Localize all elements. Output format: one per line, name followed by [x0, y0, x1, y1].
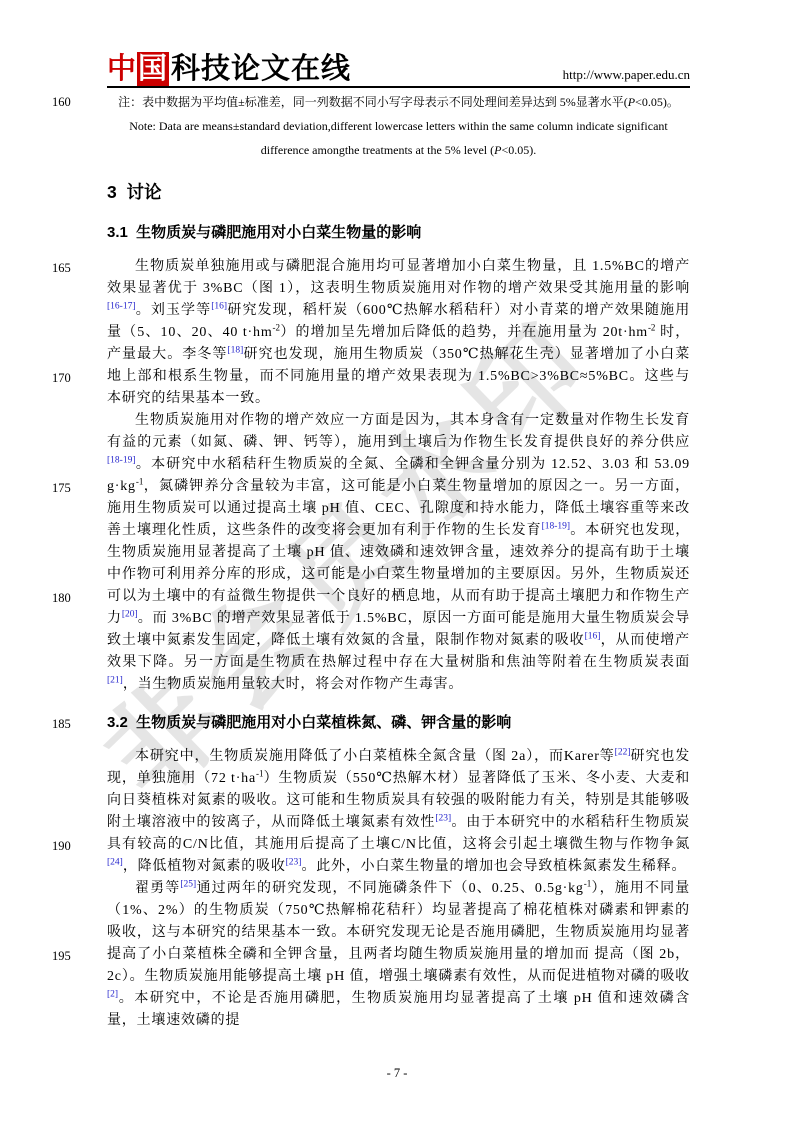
logo-char-zhong: 中: [107, 52, 137, 86]
text-run: 注：表中数据为平均值±标准差，同一列数据不同小写字母表示不同处理间差异达到 5%…: [118, 95, 628, 109]
text-run: 本研究中，生物质炭施用降低了小白菜植株全氮含量（图 2a），而Karer等: [135, 749, 615, 764]
citation-ref: [20]: [122, 609, 138, 619]
citation-ref: [16]: [211, 301, 227, 311]
paper-page: 非会员水印 中国科技论文在线 http://www.paper.edu.cn 1…: [0, 0, 794, 1123]
text-run: ，降低植物对氮素的吸收: [123, 859, 286, 874]
section-heading-3-2: 3.2 生物质炭与磷肥施用对小白菜植株氮、磷、钾含量的影响: [107, 712, 690, 734]
text-run: 3 讨论: [107, 182, 161, 202]
citation-ref: [24]: [107, 857, 123, 867]
text-run: 翟勇等: [135, 881, 180, 896]
line-number: 165: [52, 259, 92, 277]
text-run: ，当生物质炭施用量较大时，将会对作物产生毒害。: [123, 677, 463, 692]
citation-ref: [18-19]: [107, 455, 136, 465]
line-number-gutter: 160165170175180185190195: [52, 0, 94, 1123]
text-run: <0.05)。: [635, 95, 679, 109]
site-url-link[interactable]: http://www.paper.edu.cn: [563, 65, 690, 86]
unit-exponent: -2: [273, 322, 281, 332]
italic-p: P: [628, 95, 635, 109]
citation-ref: [23]: [286, 857, 302, 867]
paragraph-biomass-1: 生物质炭单独施用或与磷肥混合施用均可显著增加小白菜生物量，且 1.5%BC的增产…: [107, 256, 690, 410]
citation-ref: [23]: [435, 813, 451, 823]
citation-ref: [25]: [180, 879, 196, 889]
citation-ref: [16-17]: [107, 301, 136, 311]
line-number: 160: [52, 93, 92, 111]
line-number: 180: [52, 589, 92, 607]
text-run: ）的增加呈先增加后降低的趋势，并在施用量为 20t·hm: [280, 325, 648, 340]
citation-ref: [18]: [227, 345, 243, 355]
logo-text: 科技论文在线: [171, 52, 351, 86]
paragraph-biomass-2: 生物质炭施用对作物的增产效应一方面是因为，其本身含有一定数量对作物生长发育有益的…: [107, 410, 690, 696]
page-number: - 7 -: [387, 1066, 408, 1080]
unit-exponent: -1: [256, 768, 264, 778]
paragraph-npk-2: 翟勇等[25]通过两年的研究发现，不同施磷条件下（0、0.25、0.5g·kg-…: [107, 878, 690, 1032]
section-heading-3: 3 讨论: [107, 178, 690, 206]
text-run: 生物质炭施用对作物的增产效应一方面是因为，其本身含有一定数量对作物生长发育有益的…: [107, 413, 690, 450]
text-run: <0.05).: [501, 143, 536, 157]
text-run: 。此外，小白菜生物量的增加也会导致植株氮素发生稀释。: [301, 859, 686, 874]
page-header: 中国科技论文在线 http://www.paper.edu.cn: [107, 44, 690, 88]
line-number: 175: [52, 479, 92, 497]
text-run: difference amongthe treatments at the 5%…: [261, 143, 494, 157]
citation-ref: [16]: [585, 631, 601, 641]
text-run: Note: Data are means±standard deviation,…: [129, 119, 668, 133]
section-heading-3-1: 3.1 生物质炭与磷肥施用对小白菜生物量的影响: [107, 222, 690, 244]
line-number: 190: [52, 837, 92, 855]
text-run: 3.1 生物质炭与磷肥施用对小白菜生物量的影响: [107, 224, 421, 241]
text-run: 3.2 生物质炭与磷肥施用对小白菜植株氮、磷、钾含量的影响: [107, 714, 511, 731]
document-body: 注：表中数据为平均值±标准差，同一列数据不同小写字母表示不同处理间差异达到 5%…: [107, 90, 690, 1032]
table-note-en-line1: Note: Data are means±standard deviation,…: [107, 114, 690, 138]
text-run: 通过两年的研究发现，不同施磷条件下（0、0.25、0.5g·kg: [196, 881, 584, 896]
text-run: 。本研究中，不论是否施用磷肥，生物质炭施用均显著提高了土壤 pH 值和速效磷含量…: [107, 991, 690, 1028]
table-note-zh: 注：表中数据为平均值±标准差，同一列数据不同小写字母表示不同处理间差异达到 5%…: [107, 90, 690, 114]
line-number: 195: [52, 947, 92, 965]
site-logo: 中国科技论文在线: [107, 52, 351, 86]
citation-ref: [22]: [615, 747, 631, 757]
line-number: 170: [52, 369, 92, 387]
text-run: 。刘玉学等: [136, 303, 212, 318]
paragraph-npk-1: 本研究中，生物质炭施用降低了小白菜植株全氮含量（图 2a），而Karer等[22…: [107, 746, 690, 878]
citation-ref: [21]: [107, 675, 123, 685]
text-run: ），施用不同量（1%、2%）的生物质炭（750℃热解棉花秸秆）均显著提高了棉花植…: [107, 881, 690, 984]
text-run: 生物质炭单独施用或与磷肥混合施用均可显著增加小白菜生物量，且 1.5%BC的增产…: [107, 259, 690, 296]
logo-char-guo: 国: [137, 52, 169, 86]
table-note-en-line2: difference amongthe treatments at the 5%…: [107, 138, 690, 162]
page-footer: - 7 -: [0, 1066, 794, 1081]
citation-ref: [2]: [107, 989, 118, 999]
citation-ref: [18-19]: [542, 521, 571, 531]
line-number: 185: [52, 715, 92, 733]
